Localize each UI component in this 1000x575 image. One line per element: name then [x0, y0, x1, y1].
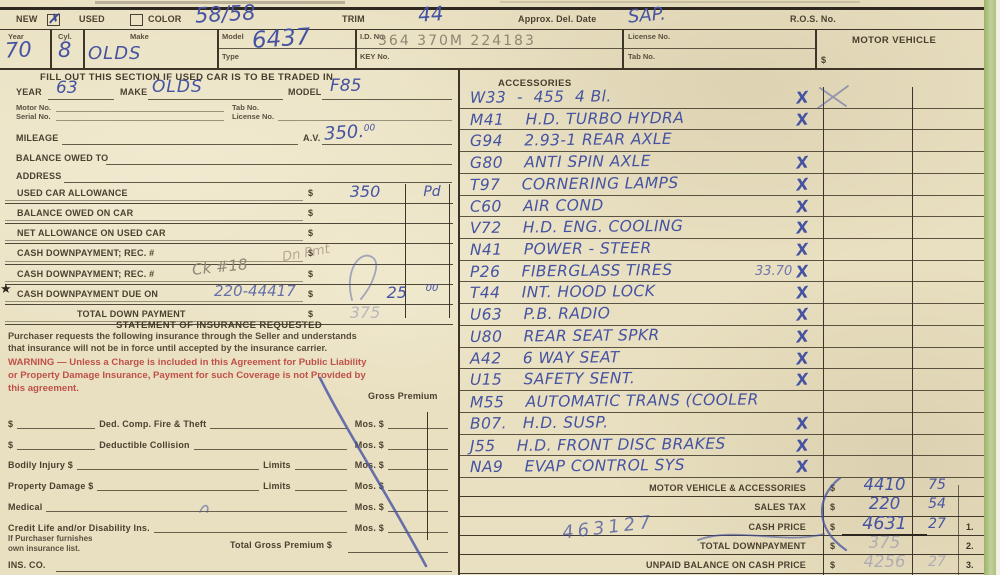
- field-line: [62, 144, 298, 145]
- total-label: MOTOR VEHICLE & ACCESSORIES: [649, 483, 806, 493]
- payments-cents-divider: [405, 184, 406, 318]
- field-line: [295, 489, 347, 491]
- field-line: [322, 99, 452, 100]
- accessory-row: T97 CORNERING LAMPSX: [460, 174, 986, 196]
- trade-make-label: MAKE: [120, 87, 147, 97]
- dotted-line: [5, 261, 303, 262]
- line-number: 3.: [966, 560, 974, 570]
- insurance-warning: WARNING — Unless a Charge is included in…: [8, 356, 460, 395]
- accessory-check-mark: X: [795, 348, 809, 368]
- trade-make-value: OLDS: [152, 77, 203, 97]
- accessory-check-mark: X: [795, 283, 809, 303]
- trade-year-value: 63: [56, 78, 78, 98]
- payment-label: NET ALLOWANCE ON USED CAR: [17, 228, 166, 238]
- address-label: ADDRESS: [16, 171, 61, 181]
- payment-label: CASH DOWNPAYMENT DUE ON: [17, 289, 158, 299]
- accessory-row: G80 ANTI SPIN AXLEX: [460, 152, 986, 174]
- payment-label: BALANCE OWED ON CAR: [17, 208, 133, 218]
- check-mark-icon: ✗: [48, 11, 59, 27]
- field-line: [210, 427, 346, 429]
- insurance-label: Credit Life and/or Disability Ins.: [8, 523, 150, 533]
- insurance-row: MedicalMos. $: [8, 493, 452, 514]
- av-label: A.V.: [303, 133, 320, 143]
- total-cents: 27: [916, 516, 958, 532]
- field-line: [388, 489, 448, 491]
- accessory-text: G94 2.93-1 REAR AXLE: [470, 130, 672, 150]
- dollar-sign: $: [308, 208, 313, 218]
- accessory-row: M55 AUTOMATIC TRANS (COOLER: [460, 391, 986, 413]
- total-label: TOTAL DOWNPAYMENT: [700, 541, 806, 551]
- field-line: [388, 510, 448, 512]
- account-note: 220-44417: [214, 282, 296, 300]
- payment-amount: 350: [323, 182, 407, 201]
- accessory-check-mark: X: [795, 435, 809, 455]
- accessory-row: W33 - 455 4 Bl.X: [460, 87, 986, 109]
- total-label: CASH PRICE: [748, 522, 806, 532]
- insurance-prefix: $: [8, 419, 13, 429]
- field-line: [17, 448, 95, 450]
- accessory-check-mark: X: [795, 370, 809, 390]
- insurance-cents-divider: [427, 412, 428, 540]
- accessory-row: P26 FIBERGLASS TIRES33.70X: [460, 261, 986, 283]
- dollar-sign: $: [830, 522, 835, 532]
- insurance-rows: $Ded. Comp. Fire & TheftMos. $$Deductibl…: [8, 410, 452, 535]
- insurance-row: Property Damage $LimitsMos. $: [8, 472, 452, 493]
- accessory-check-mark: X: [795, 218, 809, 238]
- accessory-row: T44 INT. HOOD LOCKX: [460, 282, 986, 304]
- payment-row: BALANCE OWED ON CAR$: [5, 204, 453, 224]
- accessory-row: N41 POWER - STEERX: [460, 239, 986, 261]
- dollar-sign: $: [308, 289, 313, 299]
- insurance-label: Bodily Injury $: [8, 460, 73, 470]
- accessory-check-mark: X: [795, 153, 809, 173]
- accessory-text: T44 INT. HOOD LOCK: [470, 282, 655, 302]
- insurance-title: STATEMENT OF INSURANCE REQUESTED: [116, 320, 322, 331]
- field-line: [295, 468, 347, 470]
- mileage-label: MILEAGE: [16, 133, 58, 143]
- model-value: 6437: [251, 24, 311, 54]
- insurance-row: $Ded. Comp. Fire & TheftMos. $: [8, 410, 452, 431]
- mos-label: Mos. $: [355, 523, 384, 533]
- accessory-check-mark: X: [795, 326, 809, 346]
- total-amount: 4256: [842, 552, 927, 571]
- total-amount: 375: [842, 533, 927, 552]
- accessory-check-mark: X: [795, 174, 809, 194]
- field-line: [388, 448, 448, 450]
- field-line: [46, 510, 346, 512]
- motor-no-label: Motor No.: [16, 103, 51, 112]
- payment-label: CASH DOWNPAYMENT; REC. #: [17, 269, 154, 279]
- mos-label: Mos. $: [355, 502, 384, 512]
- motor-vehicle-dollar: $: [821, 55, 826, 65]
- trim-label: TRIM: [342, 14, 365, 24]
- payments-rows: USED CAR ALLOWANCE$350PdBALANCE OWED ON …: [5, 184, 453, 325]
- accessory-text: B07. H.D. SUSP.: [470, 413, 609, 432]
- payment-label: TOTAL DOWN PAYMENT: [77, 309, 186, 319]
- insurance-label: Ded. Comp. Fire & Theft: [99, 419, 206, 429]
- field-line: [56, 111, 224, 112]
- new-checkbox: ✗: [47, 14, 60, 26]
- accessory-check-mark: X: [795, 261, 809, 281]
- trade-model-label: MODEL: [288, 87, 322, 97]
- field-line: [388, 531, 448, 533]
- field-line: [348, 552, 448, 553]
- accessory-text: U63 P.B. RADIO: [470, 304, 610, 323]
- accessory-text: P26 FIBERGLASS TIRES: [470, 261, 673, 281]
- accessory-row: U80 REAR SEAT SPKRX: [460, 326, 986, 348]
- key-no-label: KEY No.: [360, 52, 389, 61]
- field-line: [56, 571, 452, 572]
- tab-no-label: Tab No.: [628, 52, 655, 61]
- payments-right-edge: [449, 184, 450, 318]
- field-line: [148, 99, 283, 100]
- insurance-prefix: $: [8, 440, 13, 450]
- approx-del-date-label: Approx. Del. Date: [518, 14, 596, 24]
- field-line: [388, 427, 448, 429]
- approx-del-date-value: SAP.: [627, 3, 667, 27]
- payment-amount: 375: [323, 303, 407, 322]
- insurance-row: $Deductible CollisionMos. $: [8, 431, 452, 452]
- motor-vehicle-label: MOTOR VEHICLE: [852, 35, 936, 46]
- dollar-sign: $: [830, 560, 835, 570]
- accessory-check-mark: X: [795, 305, 809, 325]
- accessory-text: J55 H.D. FRONT DISC BRAKES: [470, 434, 726, 455]
- model-label: Model: [222, 32, 244, 41]
- field-line: [194, 448, 347, 450]
- trim-value: 44: [417, 1, 444, 27]
- accessory-row: M41 H.D. TURBO HYDRAX: [460, 109, 986, 131]
- ins-co-label: INS. CO.: [8, 560, 46, 570]
- field-line: [77, 468, 259, 470]
- accessory-row: B07. H.D. SUSP.X: [460, 413, 986, 435]
- field-line: [388, 468, 448, 470]
- payment-label: USED CAR ALLOWANCE: [17, 188, 128, 198]
- total-amount: 4410: [842, 475, 927, 494]
- color-label: COLOR: [148, 14, 182, 24]
- total-row: UNPAID BALANCE ON CASH PRICE$4256273.: [460, 555, 986, 574]
- header-rule: [0, 29, 986, 30]
- dollar-sign: $: [308, 269, 313, 279]
- license-no-label: License No.: [628, 32, 670, 41]
- payment-cents: 00: [411, 283, 453, 294]
- cut-text-artifact: [500, 1, 860, 3]
- payment-cents: Pd: [411, 184, 453, 200]
- accessory-row: U15 SAFETY SENT.X: [460, 369, 986, 391]
- field-line: [106, 164, 452, 165]
- gross-premium-label: Gross Premium: [368, 391, 438, 401]
- trade-year-label: YEAR: [16, 87, 42, 97]
- new-label: NEW: [16, 14, 38, 24]
- accessory-row: V72 H.D. ENG. COOLINGX: [460, 217, 986, 239]
- accessory-text: M55 AUTOMATIC TRANS (COOLER: [470, 391, 759, 412]
- accessories-rows: W33 - 455 4 Bl.XM41 H.D. TURBO HYDRAXG94…: [460, 87, 986, 478]
- paper-outer-edge: [996, 0, 1000, 575]
- av-value: 350.00: [323, 120, 376, 145]
- payment-row: USED CAR ALLOWANCE$350Pd: [5, 184, 453, 204]
- limits-label: Limits: [263, 481, 291, 491]
- accessory-text: C60 AIR COND: [470, 196, 604, 215]
- insurance-paragraph: Purchaser requests the following insuran…: [8, 331, 456, 355]
- total-cents: 27: [916, 554, 958, 570]
- color-value: 58/58: [194, 0, 256, 27]
- total-label: UNPAID BALANCE ON CASH PRICE: [646, 560, 806, 570]
- accessory-row: U63 P.B. RADIOX: [460, 304, 986, 326]
- dotted-line: [5, 240, 303, 241]
- table-rule-bottom: [0, 68, 986, 70]
- mos-label: Mos. $: [355, 419, 384, 429]
- accessory-text: W33 - 455 4 Bl.: [470, 87, 612, 106]
- furnish-note: If Purchaser furnishes own insurance lis…: [8, 534, 92, 554]
- sales-order-document: NEW ✗ USED COLOR 58/58 TRIM 44 Approx. D…: [0, 0, 1000, 575]
- total-label: SALES TAX: [754, 502, 806, 512]
- cyl-value: 8: [58, 38, 71, 62]
- field-line: [154, 531, 347, 533]
- field-line: [97, 489, 259, 491]
- field-line: [48, 99, 114, 100]
- accessory-row: J55 H.D. FRONT DISC BRAKESX: [460, 435, 986, 457]
- field-line: [56, 120, 224, 121]
- trade-model-value: F85: [330, 76, 361, 96]
- total-cents: 54: [916, 496, 958, 512]
- accessory-price: 33.70: [755, 264, 792, 279]
- insurance-row: Credit Life and/or Disability Ins.Mos. $: [8, 514, 452, 535]
- insurance-label: Deductible Collision: [99, 440, 190, 450]
- insurance-row: Bodily Injury $LimitsMos. $: [8, 452, 452, 473]
- accessory-text: V72 H.D. ENG. COOLING: [470, 217, 683, 237]
- accessory-row: C60 AIR CONDX: [460, 196, 986, 218]
- trade-license-no-label: License No.: [232, 112, 274, 121]
- accessory-text: N41 POWER - STEER: [470, 239, 652, 259]
- total-amount: 220: [842, 494, 927, 513]
- serial-no-label: Serial No.: [16, 112, 51, 121]
- accessory-text: U80 REAR SEAT SPKR: [470, 326, 660, 346]
- dollar-sign: $: [308, 188, 313, 198]
- insurance-label: Property Damage $: [8, 481, 93, 491]
- star-icon: ★: [0, 281, 12, 297]
- dotted-line: [5, 220, 303, 221]
- insurance-label: Medical: [8, 502, 42, 512]
- totals-rows: MOTOR VEHICLE & ACCESSORIES$441075SALES …: [460, 478, 986, 574]
- mos-label: Mos. $: [355, 440, 384, 450]
- accessory-check-mark: X: [795, 109, 809, 129]
- dotted-line: [5, 301, 303, 302]
- accessory-check-mark: X: [795, 413, 809, 433]
- accessory-check-mark: X: [795, 87, 809, 107]
- total-cents: 75: [916, 477, 958, 493]
- dollar-sign: $: [830, 483, 835, 493]
- accessory-check-mark: X: [795, 196, 809, 216]
- accessory-check-mark: X: [795, 457, 809, 477]
- table-line: [815, 30, 817, 68]
- field-line: [322, 144, 452, 145]
- trade-tab-no-label: Tab No.: [232, 103, 259, 112]
- line-number: 2.: [966, 541, 974, 551]
- accessory-text: U15 SAFETY SENT.: [470, 369, 635, 389]
- used-checkbox: [130, 14, 143, 26]
- accessory-text: G80 ANTI SPIN AXLE: [470, 152, 651, 172]
- accessory-row: A42 6 WAY SEATX: [460, 348, 986, 370]
- dollar-sign: $: [830, 541, 835, 551]
- id-no-value: 364 370M 224183: [378, 33, 536, 49]
- payment-label: CASH DOWNPAYMENT; REC. #: [17, 248, 154, 258]
- line-number: 1.: [966, 522, 974, 532]
- accessory-check-mark: X: [795, 239, 809, 259]
- accessory-text: A42 6 WAY SEAT: [470, 348, 620, 368]
- payment-amount: 25: [323, 283, 407, 302]
- dollar-sign: $: [830, 502, 835, 512]
- total-gross-premium-label: Total Gross Premium $: [230, 540, 332, 550]
- mos-label: Mos. $: [355, 460, 384, 470]
- table-line: [50, 30, 52, 68]
- used-label: USED: [79, 14, 105, 24]
- make-label: Make: [130, 32, 149, 41]
- green-sheet-edge: [984, 0, 996, 575]
- year-value: 70: [4, 37, 32, 62]
- accessory-row: G94 2.93-1 REAR AXLE: [460, 130, 986, 152]
- top-rule: [0, 7, 986, 10]
- accessory-text: M41 H.D. TURBO HYDRA: [470, 109, 684, 129]
- field-line: [17, 427, 95, 429]
- ros-no-label: R.O.S. No.: [790, 14, 836, 24]
- payment-row: NET ALLOWANCE ON USED CAR$: [5, 224, 453, 244]
- balance-owed-to-label: BALANCE OWED TO: [16, 153, 108, 163]
- dollar-sign: $: [308, 309, 313, 319]
- accessory-text: NA9 EVAP CONTROL SYS: [470, 456, 685, 476]
- make-value: OLDS: [88, 43, 141, 64]
- dollar-sign: $: [308, 228, 313, 238]
- type-label: Type: [222, 52, 239, 61]
- table-line: [83, 30, 85, 68]
- limits-label: Limits: [263, 460, 291, 470]
- accessory-text: T97 CORNERING LAMPS: [470, 174, 679, 194]
- dotted-line: [5, 200, 303, 201]
- mos-label: Mos. $: [355, 481, 384, 491]
